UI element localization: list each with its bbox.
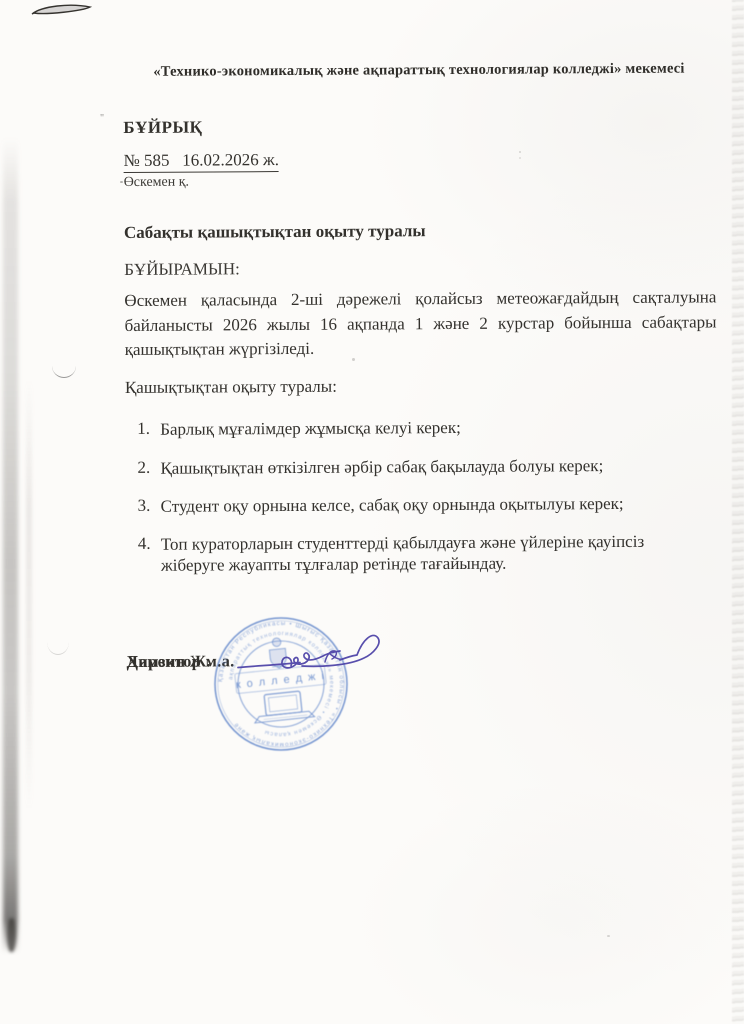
scan-edge-noise bbox=[732, 0, 744, 1024]
order-document: «Технико-экономикалық және ақпараттық те… bbox=[123, 0, 721, 1024]
list-intro: Қашықтықтан оқыту туралы: bbox=[125, 377, 337, 398]
resolve-word: БҰЙЫРАМЫН: bbox=[124, 259, 240, 280]
pen-scribble-mark bbox=[28, 2, 98, 23]
pencil-arc-mark-faint bbox=[47, 642, 69, 655]
list-item-text: Қашықтықтан өткізілген әрбір сабақ бақыл… bbox=[160, 455, 685, 479]
organization-title: «Технико-экономикалық және ақпараттық те… bbox=[123, 60, 715, 81]
list-item-text: Топ кураторларын студенттерді қабылдауға… bbox=[161, 531, 686, 576]
order-body-paragraph: Өскемен қаласында 2-ші дәрежелі қолайсыз… bbox=[124, 285, 716, 362]
scan-edge-smudge bbox=[3, 138, 18, 953]
pencil-arc-mark bbox=[52, 366, 76, 378]
order-subject: Сабақты қашықтықтан оқыту туралы bbox=[124, 221, 426, 243]
list-item-number: 1. bbox=[137, 419, 150, 439]
list-item-text: Студент оқу орнына келсе, сабақ оқу орны… bbox=[161, 493, 686, 517]
list-item-number: 4. bbox=[138, 534, 151, 554]
stray-quote-mark: " bbox=[100, 113, 104, 124]
stamp-and-signature: Қазақстан Республикасы • Шығыс Қазақстан… bbox=[170, 600, 400, 770]
paragraph-line: Өскемен қаласында 2-ші дәрежелі қолайсыз… bbox=[124, 285, 716, 313]
document-type-heading: БҰЙРЫҚ bbox=[123, 118, 202, 138]
round-stamp: Қазақстан Республикасы • Шығыс Қазақстан… bbox=[215, 618, 347, 750]
scan-edge-smudge-faint bbox=[26, 380, 32, 810]
paragraph-line: қашықтықтан жүргізіледі. bbox=[125, 335, 717, 363]
scan-speck bbox=[120, 181, 123, 183]
list-item-number: 3. bbox=[138, 496, 151, 516]
list-item-number: 2. bbox=[137, 458, 150, 478]
scan-edge-smudge-blob bbox=[7, 918, 16, 952]
laptop-icon bbox=[252, 690, 314, 723]
city-line: Өскемен қ. bbox=[124, 175, 189, 191]
stamp-center-text: к о л л е д ж і bbox=[235, 670, 326, 691]
list-item-text: Барлық мұғалімдер жұмысқа келуі керек; bbox=[160, 416, 685, 440]
order-number-date: № 585 16.02.2026 ж. bbox=[123, 150, 279, 173]
paragraph-line: байланысты 2026 жылы 16 ақпанда 1 және 2… bbox=[124, 310, 716, 338]
